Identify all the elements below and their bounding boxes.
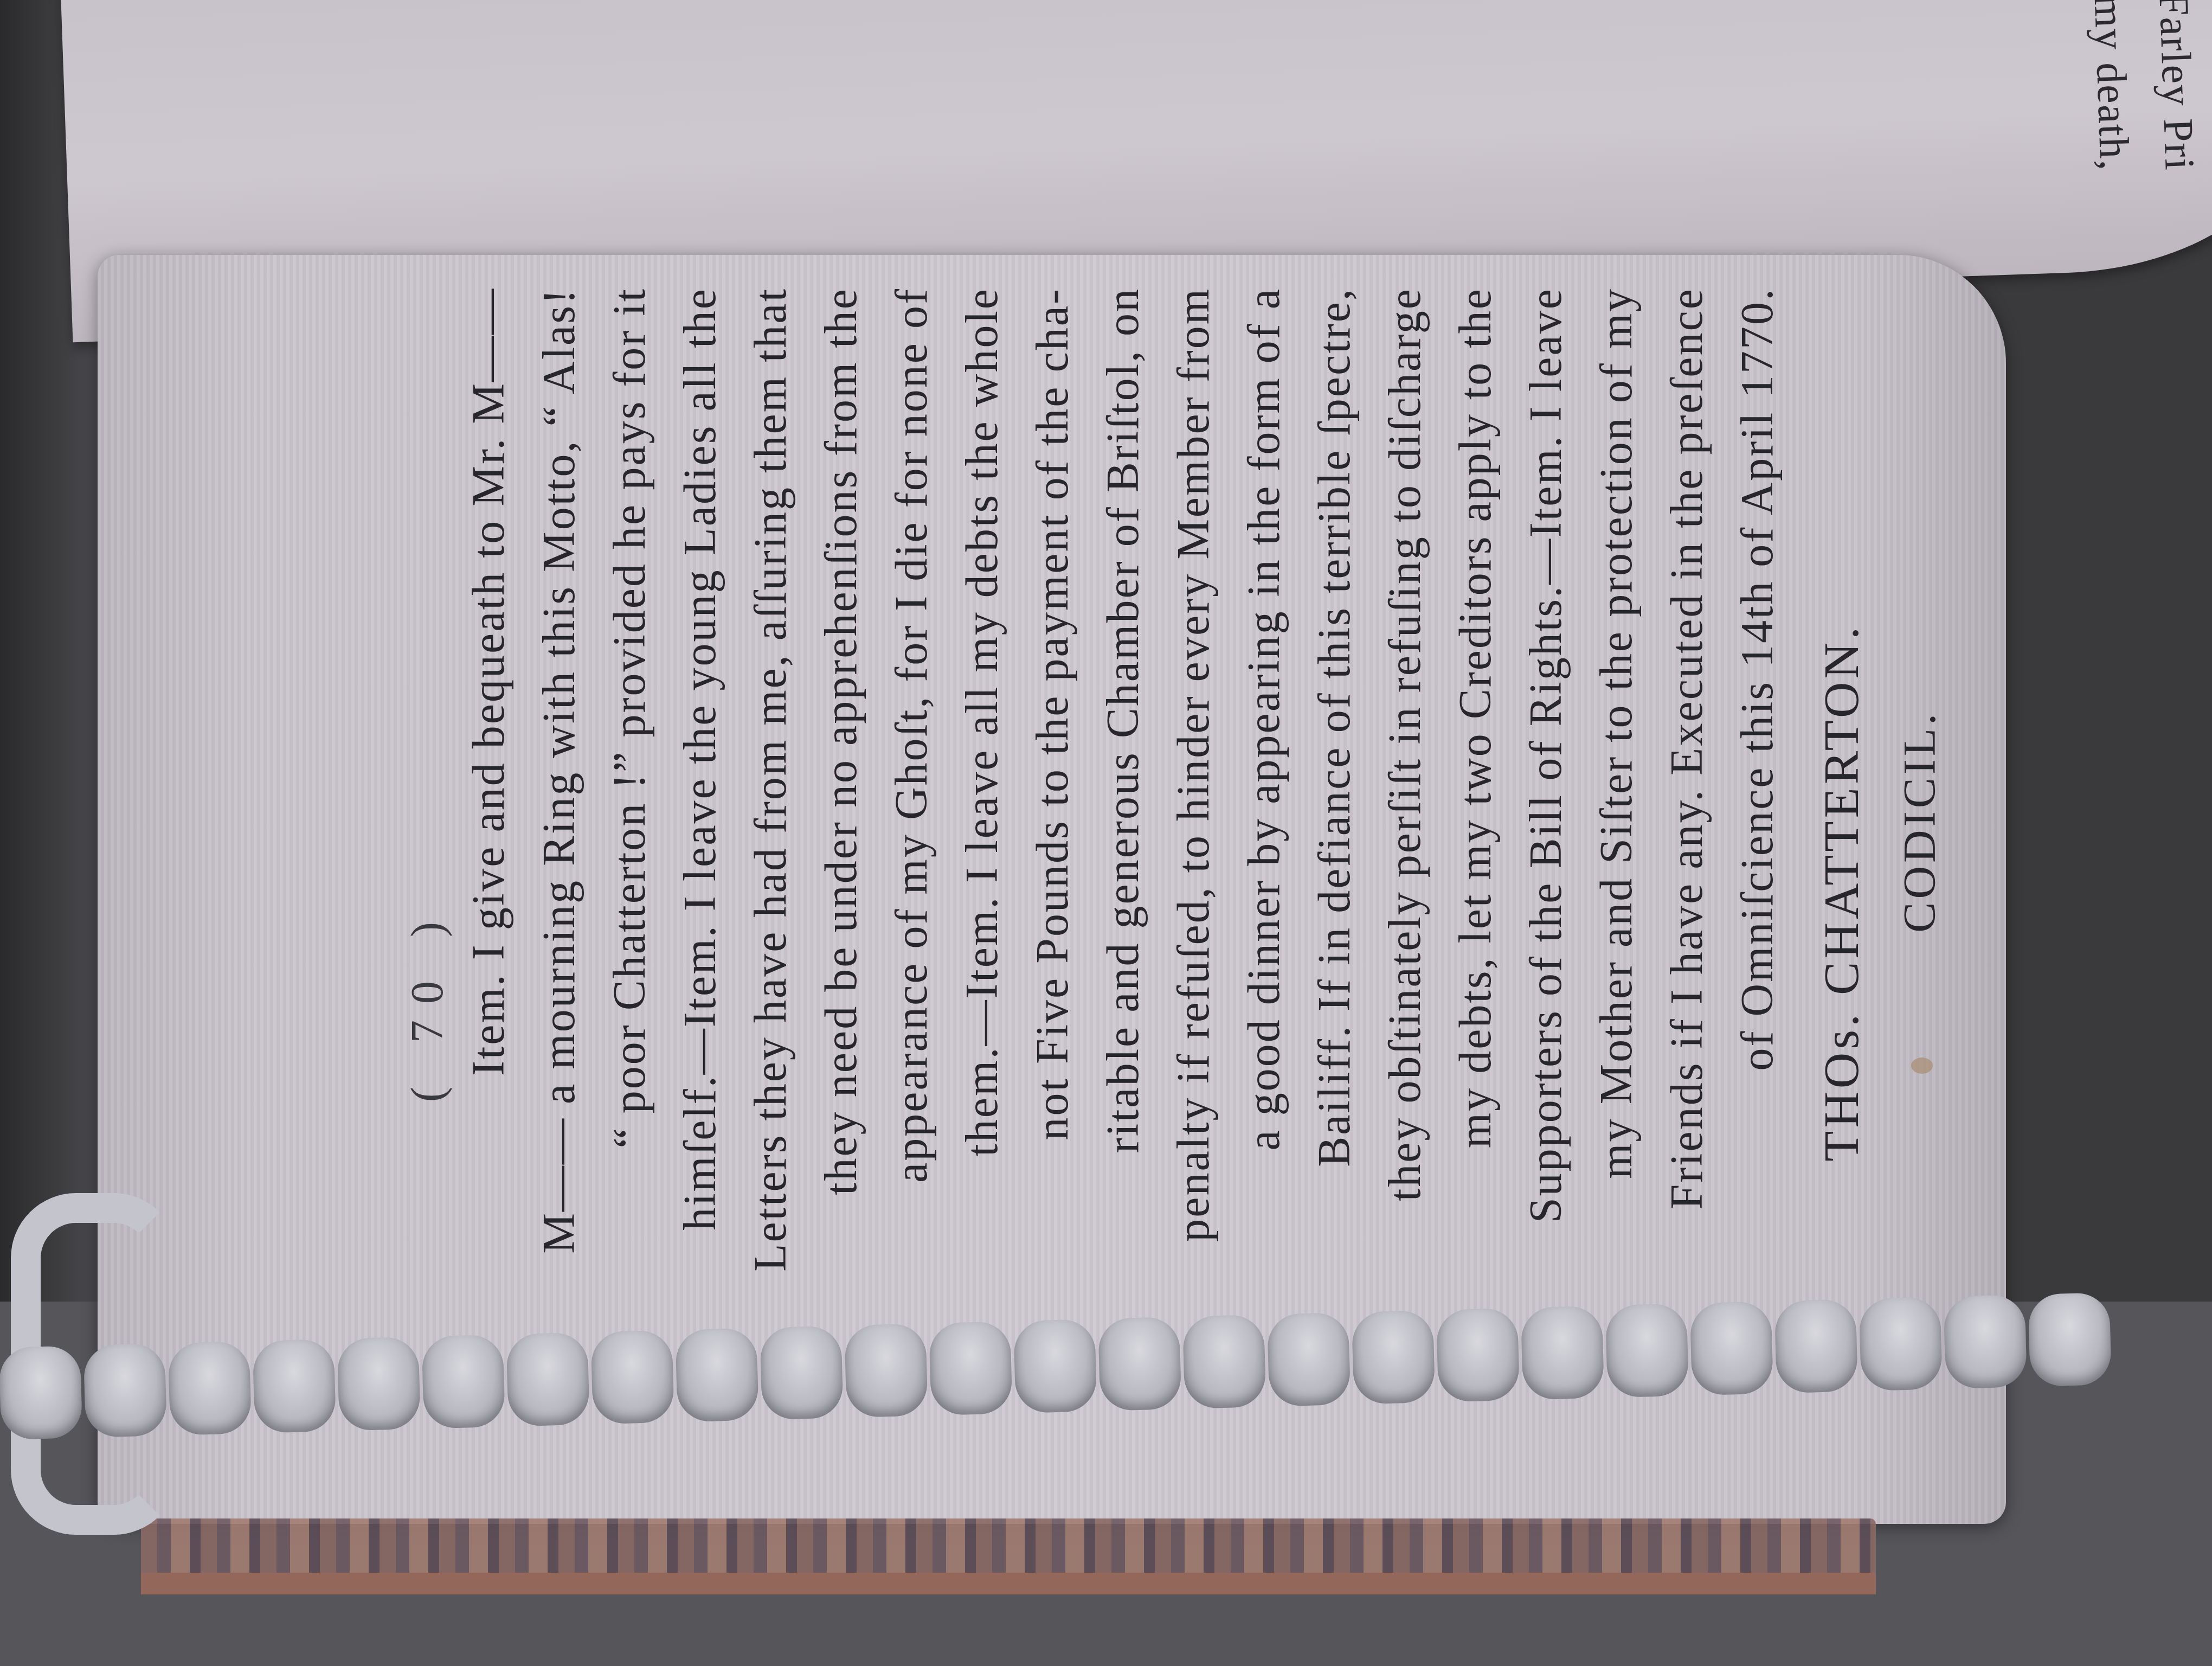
snake-bead	[253, 1339, 336, 1433]
text-line: Bailiff. If in defiance of this terrible…	[1312, 287, 1358, 1167]
snake-bead	[760, 1325, 843, 1420]
snake-bead	[1859, 1297, 1943, 1391]
text-line: a good dinner by appearing in the form o…	[1242, 287, 1287, 1151]
facing-page-line: my death,	[2084, 0, 2139, 172]
facing-page-line: Farley Pri	[2149, 0, 2204, 172]
snake-bead	[1436, 1308, 1520, 1402]
snake-bead	[1267, 1312, 1351, 1407]
text-line: Letters they have had from me, aſſuring …	[748, 287, 794, 1272]
text-line: my Mother and Siſter to the protection o…	[1594, 287, 1639, 1179]
snake-bead	[1690, 1301, 1773, 1395]
text-line: Item. I give and bequeath to Mr. M——	[466, 287, 512, 1076]
text-line: them.—Item. I leave all my debts the who…	[960, 287, 1005, 1157]
snake-bead	[1182, 1315, 1266, 1409]
snake-bead	[1352, 1310, 1435, 1405]
text-line: they obſtinately perſiſt in refuſing to …	[1382, 287, 1428, 1201]
text-line: my debts, let my two Creditors apply to …	[1453, 287, 1499, 1148]
snake-bead	[0, 1345, 82, 1440]
snake-bead	[337, 1337, 421, 1431]
snake-bead	[168, 1341, 252, 1436]
snake-bead	[675, 1328, 758, 1422]
text-line: M—— a mourning Ring with this Motto, “ A…	[537, 287, 582, 1254]
snake-bead	[844, 1323, 928, 1418]
snake-bead	[1098, 1317, 1181, 1411]
signature: THOs. CHATTERTON.	[1816, 624, 1866, 1162]
text-line: not Five Pounds to the payment of the ch…	[1030, 287, 1076, 1140]
paper-stain	[1911, 1058, 1933, 1074]
snake-bead	[2028, 1292, 2111, 1387]
snake-bead	[929, 1321, 1012, 1415]
text-line: himſelf.—Item. I leave the young Ladies …	[678, 287, 723, 1231]
text-line: penalty if refuſed, to hinder every Memb…	[1171, 287, 1217, 1242]
snake-bead	[1774, 1299, 1858, 1393]
snake-bead	[590, 1330, 674, 1425]
snake-bead	[506, 1332, 589, 1427]
snake-bead	[1605, 1304, 1689, 1398]
snake-bead	[1944, 1295, 2027, 1389]
text-line: Supporters of the Bill of Rights.—Item. …	[1523, 287, 1569, 1223]
text-line: ritable and generous Chamber of Briſtol,…	[1101, 287, 1146, 1153]
snake-bead	[422, 1335, 505, 1429]
text-line: appearance of my Ghoſt, for I die for no…	[889, 287, 935, 1183]
text-line: “ poor Chatterton !” provided he pays fo…	[607, 287, 653, 1149]
text-line: Friends if I have any. Executed in the p…	[1664, 287, 1710, 1210]
snake-bead	[1521, 1306, 1604, 1400]
facing-page-text: It is my Farley Pri my death,	[2035, 0, 2212, 176]
snake-bead	[83, 1343, 167, 1438]
snake-bead	[1013, 1319, 1097, 1413]
page-fore-edge	[141, 1518, 1876, 1594]
text-line: they need be under no apprehenſions from…	[819, 287, 864, 1195]
text-line: of Omniſcience this 14th of April 1770.	[1735, 287, 1780, 1071]
section-heading-codicil: CODICIL.	[1898, 710, 1943, 933]
